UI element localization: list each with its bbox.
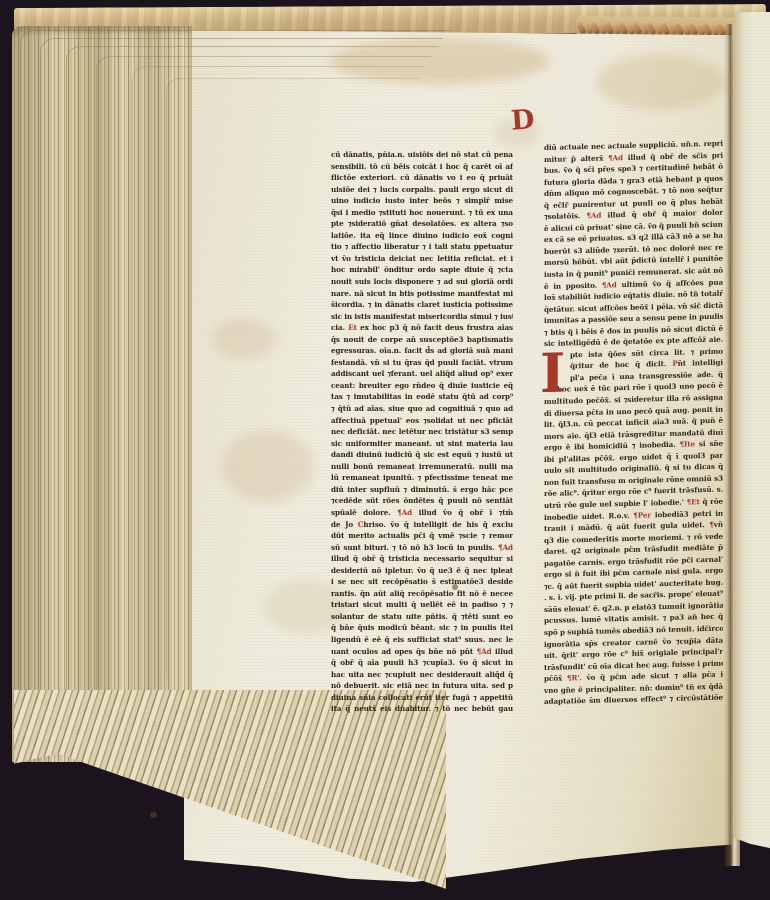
text-line: sū sunt bituri. ⁊ tō nō h3 locū in puuli… [331,542,513,554]
text-line: tristari sicut multi q̄ uellēt eē in pad… [331,599,513,611]
drop-cap-initial: I [540,348,564,399]
text-line: nō debuerit. sic etiā nec in futura uita… [331,680,513,692]
text-column-right: I diū actuale nec actuale suppliciū. un̄… [544,138,723,708]
text-line: latiōe. ita eq̄ lince diuino iudicio eox… [331,230,513,242]
text-line: diū inter supfluū ⁊ diminutū. s̄ ergo hā… [331,484,513,496]
text-line: dūt merito actualis pc̄i q̄ vmē ⁊scie ⁊ … [331,530,513,542]
text-line: solantur de statu uite pn̄tis. q̄ ⁊tēti … [331,611,513,623]
text-line: uisiōe dei ⁊ lucis corpalis. pauli ergo … [331,184,513,196]
text-line: nulli bonū remaneat irremuneratū. nulli … [331,461,513,473]
text-line: q̄ bn̄e q̄uis modicū bēant. sic ⁊ in puu… [331,622,513,634]
text-line: desideriū nō ipletur. v̄o q̄ ue3 ē q̄ ne… [331,565,513,577]
text-line: nec deficiāt. nec letētur nec tristātur … [331,426,513,438]
text-line: i se nec sit recōpēsatio s̄ estimatōe3 d… [331,576,513,588]
text-line: nouit suis locis disponere ⁊ ad sui glor… [331,276,513,288]
text-line: hac uita nec ⁊cupiuit nec desiderauit al… [331,669,513,681]
text-line: spūalē dolore. ¶Ad illud v̄o q̄ obr̄ ī ⁊… [331,507,513,519]
text-line: ⁊cedēde sūt rōes ōndētes q̄ puuli nō sen… [331,495,513,507]
text-line: vt v̄o tristicia deiciat nec letitia ref… [331,253,513,265]
text-line: lū remaneat ipunitū. ⁊ pfectissime tenea… [331,472,513,484]
page-edge-stack [12,26,192,762]
page-fan-bottom [14,690,446,895]
rubric-mark: ¶Ad [498,543,513,552]
text-line: q̄si i medio ⁊stituti hoc nouerunt. ⁊ tū… [331,207,513,219]
text-line: uant oculos ad opes q̄s bn̄e nō pn̄t ¶Ad… [331,646,513,658]
text-line: nare. nā sicut in btis potissime manifes… [331,288,513,300]
text-line: de Jo Chriso. v̄o q̄ intelligit de his q… [331,519,513,531]
rubric-mark: ¶Ad [602,280,617,289]
book-photo: D cū dānatis, pn̄ia.n. uisiōis dei nō st… [0,0,770,900]
text-line: rantis. q̄n aūt aliq̄ recōpēsatio fit nō… [331,588,513,600]
rubric-mark: ¶Ad [397,508,412,517]
rubric-mark: C [358,520,364,529]
rubric-mark: ¶ [709,520,713,529]
speck [150,812,157,818]
text-line: sic in istis manifestat misericordia sim… [331,311,513,323]
text-line: tas ⁊ imutabilitas in eodē statu q̄tū ad… [331,391,513,403]
text-line: hoc mirabil' ōnditur ordo sapie diuie q̄… [331,264,513,276]
text-line: uino iudicio iusto inter beōs ⁊ simplr̄ … [331,195,513,207]
rubric-mark: ¶Per [633,510,651,519]
text-line: illud q̄ obr̄ q̄ tristicia necessario se… [331,553,513,565]
text-line: diuina sn̄ia collocati erūt iter fugā ⁊ … [331,692,513,704]
text-line: addiscant uel ⁊ferant. uel aliq̄d aliud … [331,368,513,380]
rubric-mark: ¶R'. [567,673,582,682]
text-line: tio ⁊ affectio liberatur ⁊ i tali statu … [331,241,513,253]
rubric-mark: Et [348,323,357,332]
text-line: festandā. vn̄ si tu q̄ras q̄d puuli faci… [331,357,513,369]
rubric-mark: ¶Et [687,497,700,506]
rubric-mark: P [672,359,677,368]
text-line: cū dānatis, pn̄ia.n. uisiōis dei nō stat… [331,149,513,161]
text-line: cia. Et ex hoc p3 q̄ nō facit deus frust… [331,322,513,334]
quire-mark: D [510,105,535,137]
rubric-mark: ¶Ad [586,211,601,220]
facing-page-sliver [734,12,770,874]
text-line: s̄icordia. ⁊ in dānatis claret iusticia … [331,299,513,311]
text-column-left: cū dānatis, pn̄ia.n. uisiōis dei nō stat… [331,149,513,715]
text-line: q̄ obr̄ q̄ aīa puuli h3 ⁊cupīa3. v̄o q̄ … [331,657,513,669]
text-line: ⁊ q̄tū ad aīas. siue quo ad cognitiuā ⁊ … [331,403,513,415]
text-line: ita q̄ neutx̄ eis dn̄abitur. ⁊ tō nec be… [331,703,513,715]
rubric-mark: ¶Ite [680,440,695,449]
text-line: flictōe exteriori. cū dānatis vo i eo q̄… [331,172,513,184]
text-line: dandi diuinū iudiciū q̄ sic est equū ⁊ i… [331,449,513,461]
text-line: ceant: breuiter ego rn̄deo q̄ diuīe iust… [331,380,513,392]
text-line: affectiuā ppetual' eos ⁊solidat ut nec p… [331,415,513,427]
text-line: pte ⁊sideratiō gn̄at desolatōes. ex alte… [331,218,513,230]
rubric-mark: ¶Ad [608,153,623,162]
text-line: q̄s nouit de corpe an̄ susceptōe3 baptis… [331,334,513,346]
text-line: egressuras. oīa.n. facit d̄s ad gloriā s… [331,345,513,357]
text-line: sensibili. tō cū bēis coicāt i hoc q̄ ca… [331,161,513,173]
text-line: sic uniformiter maneant. ut sint materia… [331,438,513,450]
rubric-mark: ¶Ad [477,647,492,656]
text-line: ligendū ē eē q̄ eis sufficiat stat⁹ suus… [331,634,513,646]
